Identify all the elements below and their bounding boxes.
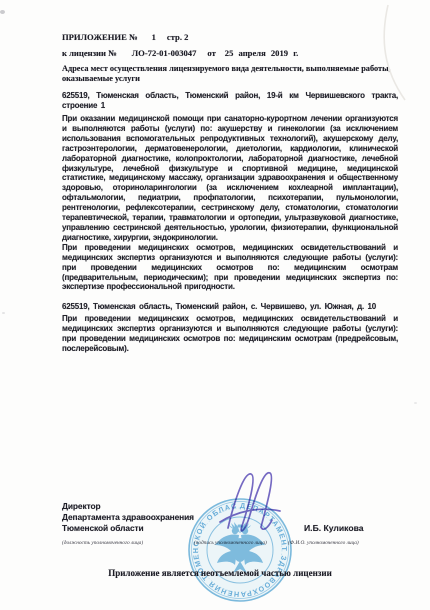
handwritten-signature-icon (206, 462, 294, 540)
license-label: к лицензии № (62, 48, 117, 58)
position-caption: (должность уполномоченного лица) (62, 540, 143, 546)
footer-note: Приложение является неотъемлемой частью … (0, 568, 430, 578)
license-date-preposition: от (207, 48, 215, 58)
scan-speck (2, 312, 5, 314)
officer-position-line: Директор (62, 501, 194, 512)
license-number: ЛО-72-01-003047 (132, 48, 197, 58)
section-address: 625519, Тюменская область, Тюменский рай… (62, 91, 398, 111)
license-date: 25 апреля 2019 г. (225, 48, 299, 58)
appendix-number: 1 (152, 32, 156, 42)
officer-name: И.Б. Куликова (304, 523, 364, 533)
appendix-header-line: ПРИЛОЖЕНИЕ №1стр. 2 (62, 32, 398, 42)
scan-speck (414, 402, 417, 404)
officer-position: Директор Департамента здравоохранения Тю… (62, 501, 194, 534)
license-header-line: к лицензии №ЛО-72-01-003047от25 апреля 2… (62, 48, 398, 58)
section-paragraph: При оказании медицинской помощи при сана… (62, 114, 398, 243)
section-paragraph: При проведении медицинских осмотров, мед… (62, 243, 398, 293)
officer-position-line: Департамента здравоохранения (62, 512, 194, 523)
document-body: ПРИЛОЖЕНИЕ №1стр. 2 к лицензии №ЛО-72-01… (62, 32, 398, 354)
appendix-label: ПРИЛОЖЕНИЕ № (62, 32, 138, 42)
name-caption: (Ф.И.О. уполномоченного лица) (288, 540, 359, 546)
appendix-page: стр. 2 (167, 32, 189, 42)
document-subtitle: Адреса мест осуществления лицензируемого… (62, 64, 398, 84)
officer-position-line: Тюменской области (62, 523, 194, 534)
paper-crease (350, 0, 410, 110)
scan-speck (0, 10, 5, 14)
section-address: 625519, Тюменская область, Тюменский рай… (62, 302, 398, 312)
scanned-license-appendix-page: ПРИЛОЖЕНИЕ №1стр. 2 к лицензии №ЛО-72-01… (0, 0, 430, 610)
section-paragraph: При проведении медицинских осмотров, мед… (62, 314, 398, 354)
license-section-2: 625519, Тюменская область, Тюменский рай… (62, 302, 398, 354)
license-section-1: 625519, Тюменская область, Тюменский рай… (62, 91, 398, 292)
